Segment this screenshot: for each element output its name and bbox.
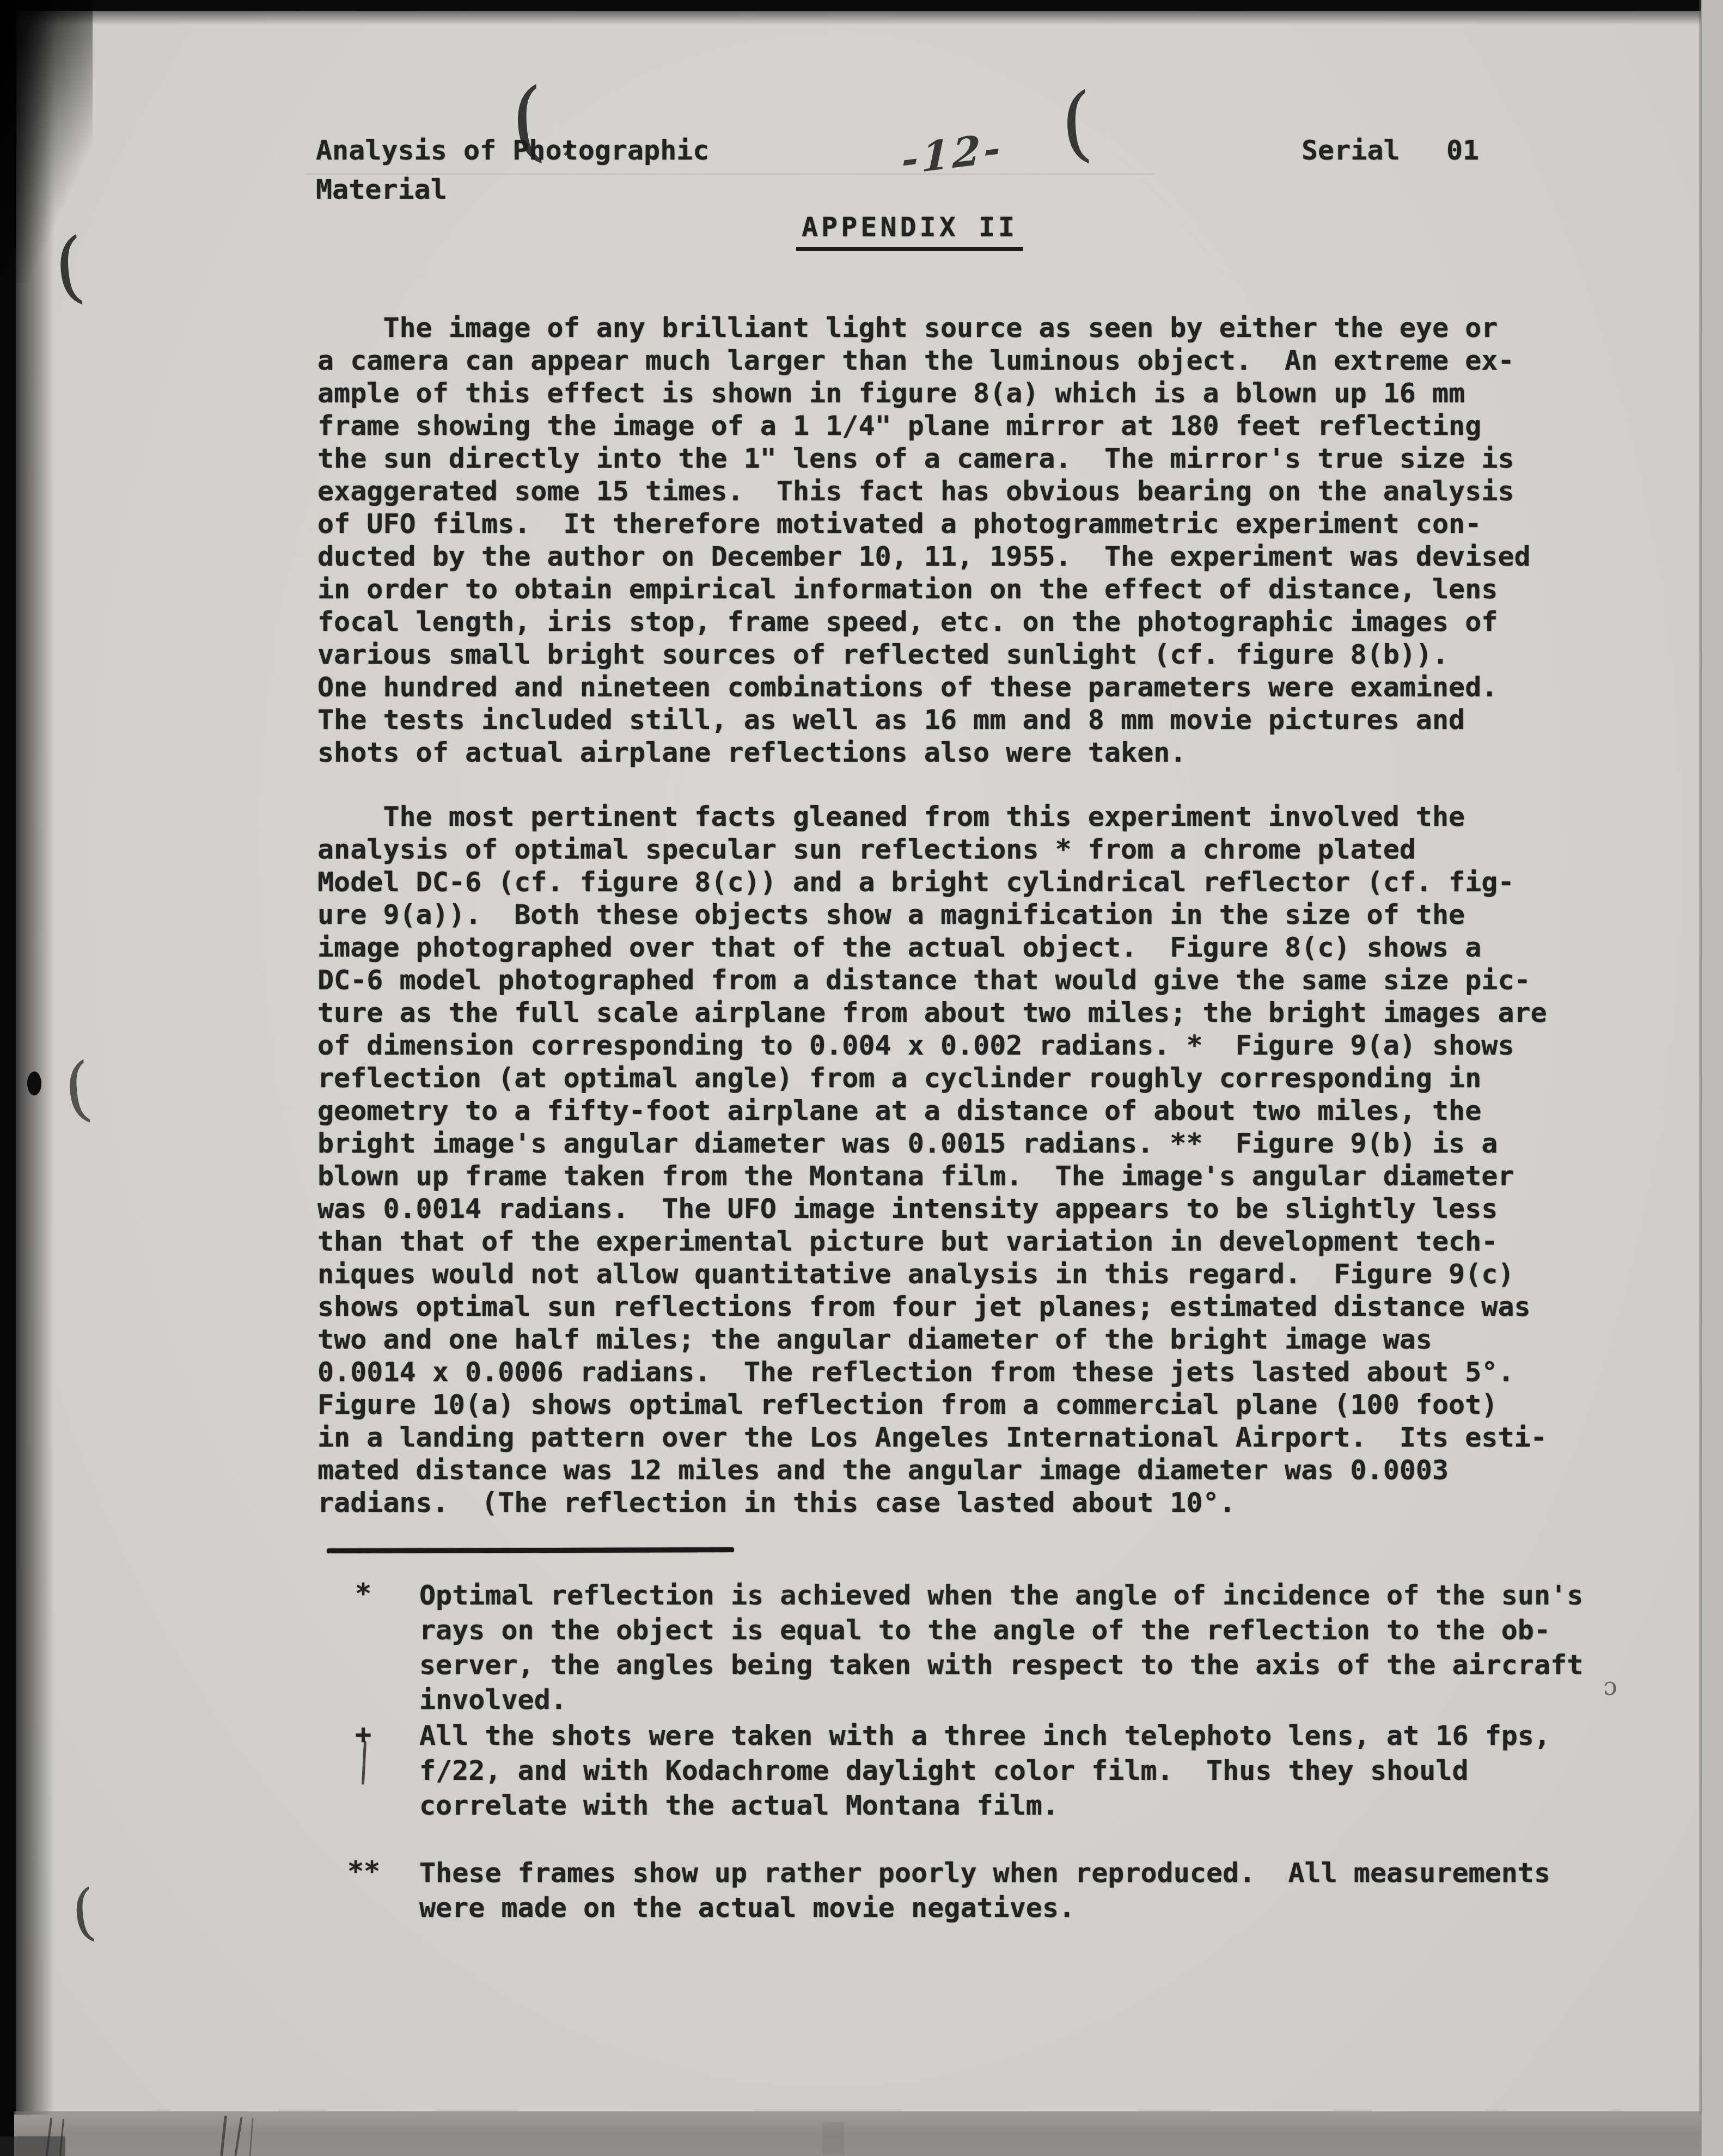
footnote-text-3: These frames show up rather poorly when … (419, 1855, 1550, 1925)
footnote-marker-1: * (355, 1578, 371, 1609)
film-corner-dark (0, 2136, 65, 2156)
footnote-marker-3: ** (347, 1855, 380, 1887)
paragraph-1: The image of any brilliant light source … (317, 311, 1531, 769)
film-right-strip (1701, 0, 1723, 2156)
film-smudge (822, 2122, 844, 2155)
film-top-shadow (0, 11, 1723, 25)
serial-label: Serial (1302, 131, 1400, 170)
edge-blemish (27, 1071, 41, 1095)
film-bottom-band (14, 2115, 1701, 2156)
film-left-edge (0, 0, 16, 2156)
scanned-document: Analysis of Photographic Material -12- S… (0, 0, 1723, 2156)
serial-value: 01 (1446, 131, 1479, 170)
pen-comma-mark: , (562, 107, 577, 161)
film-top-edge (0, 0, 1723, 11)
appendix-heading: APPENDIX II (796, 211, 1023, 251)
pen-paren-mark: ( (1058, 76, 1095, 172)
pen-small-mark: ɔ (1603, 1671, 1617, 1701)
pen-paren-mark: ( (508, 69, 548, 173)
footnote-text-2: All the shots were taken with a three in… (419, 1718, 1550, 1823)
page-right-edge (1699, 0, 1702, 2156)
paragraph-2: The most pertinent facts gleaned from th… (317, 800, 1547, 1519)
footnote-text-1: Optimal reflection is achieved when the … (419, 1578, 1583, 1717)
